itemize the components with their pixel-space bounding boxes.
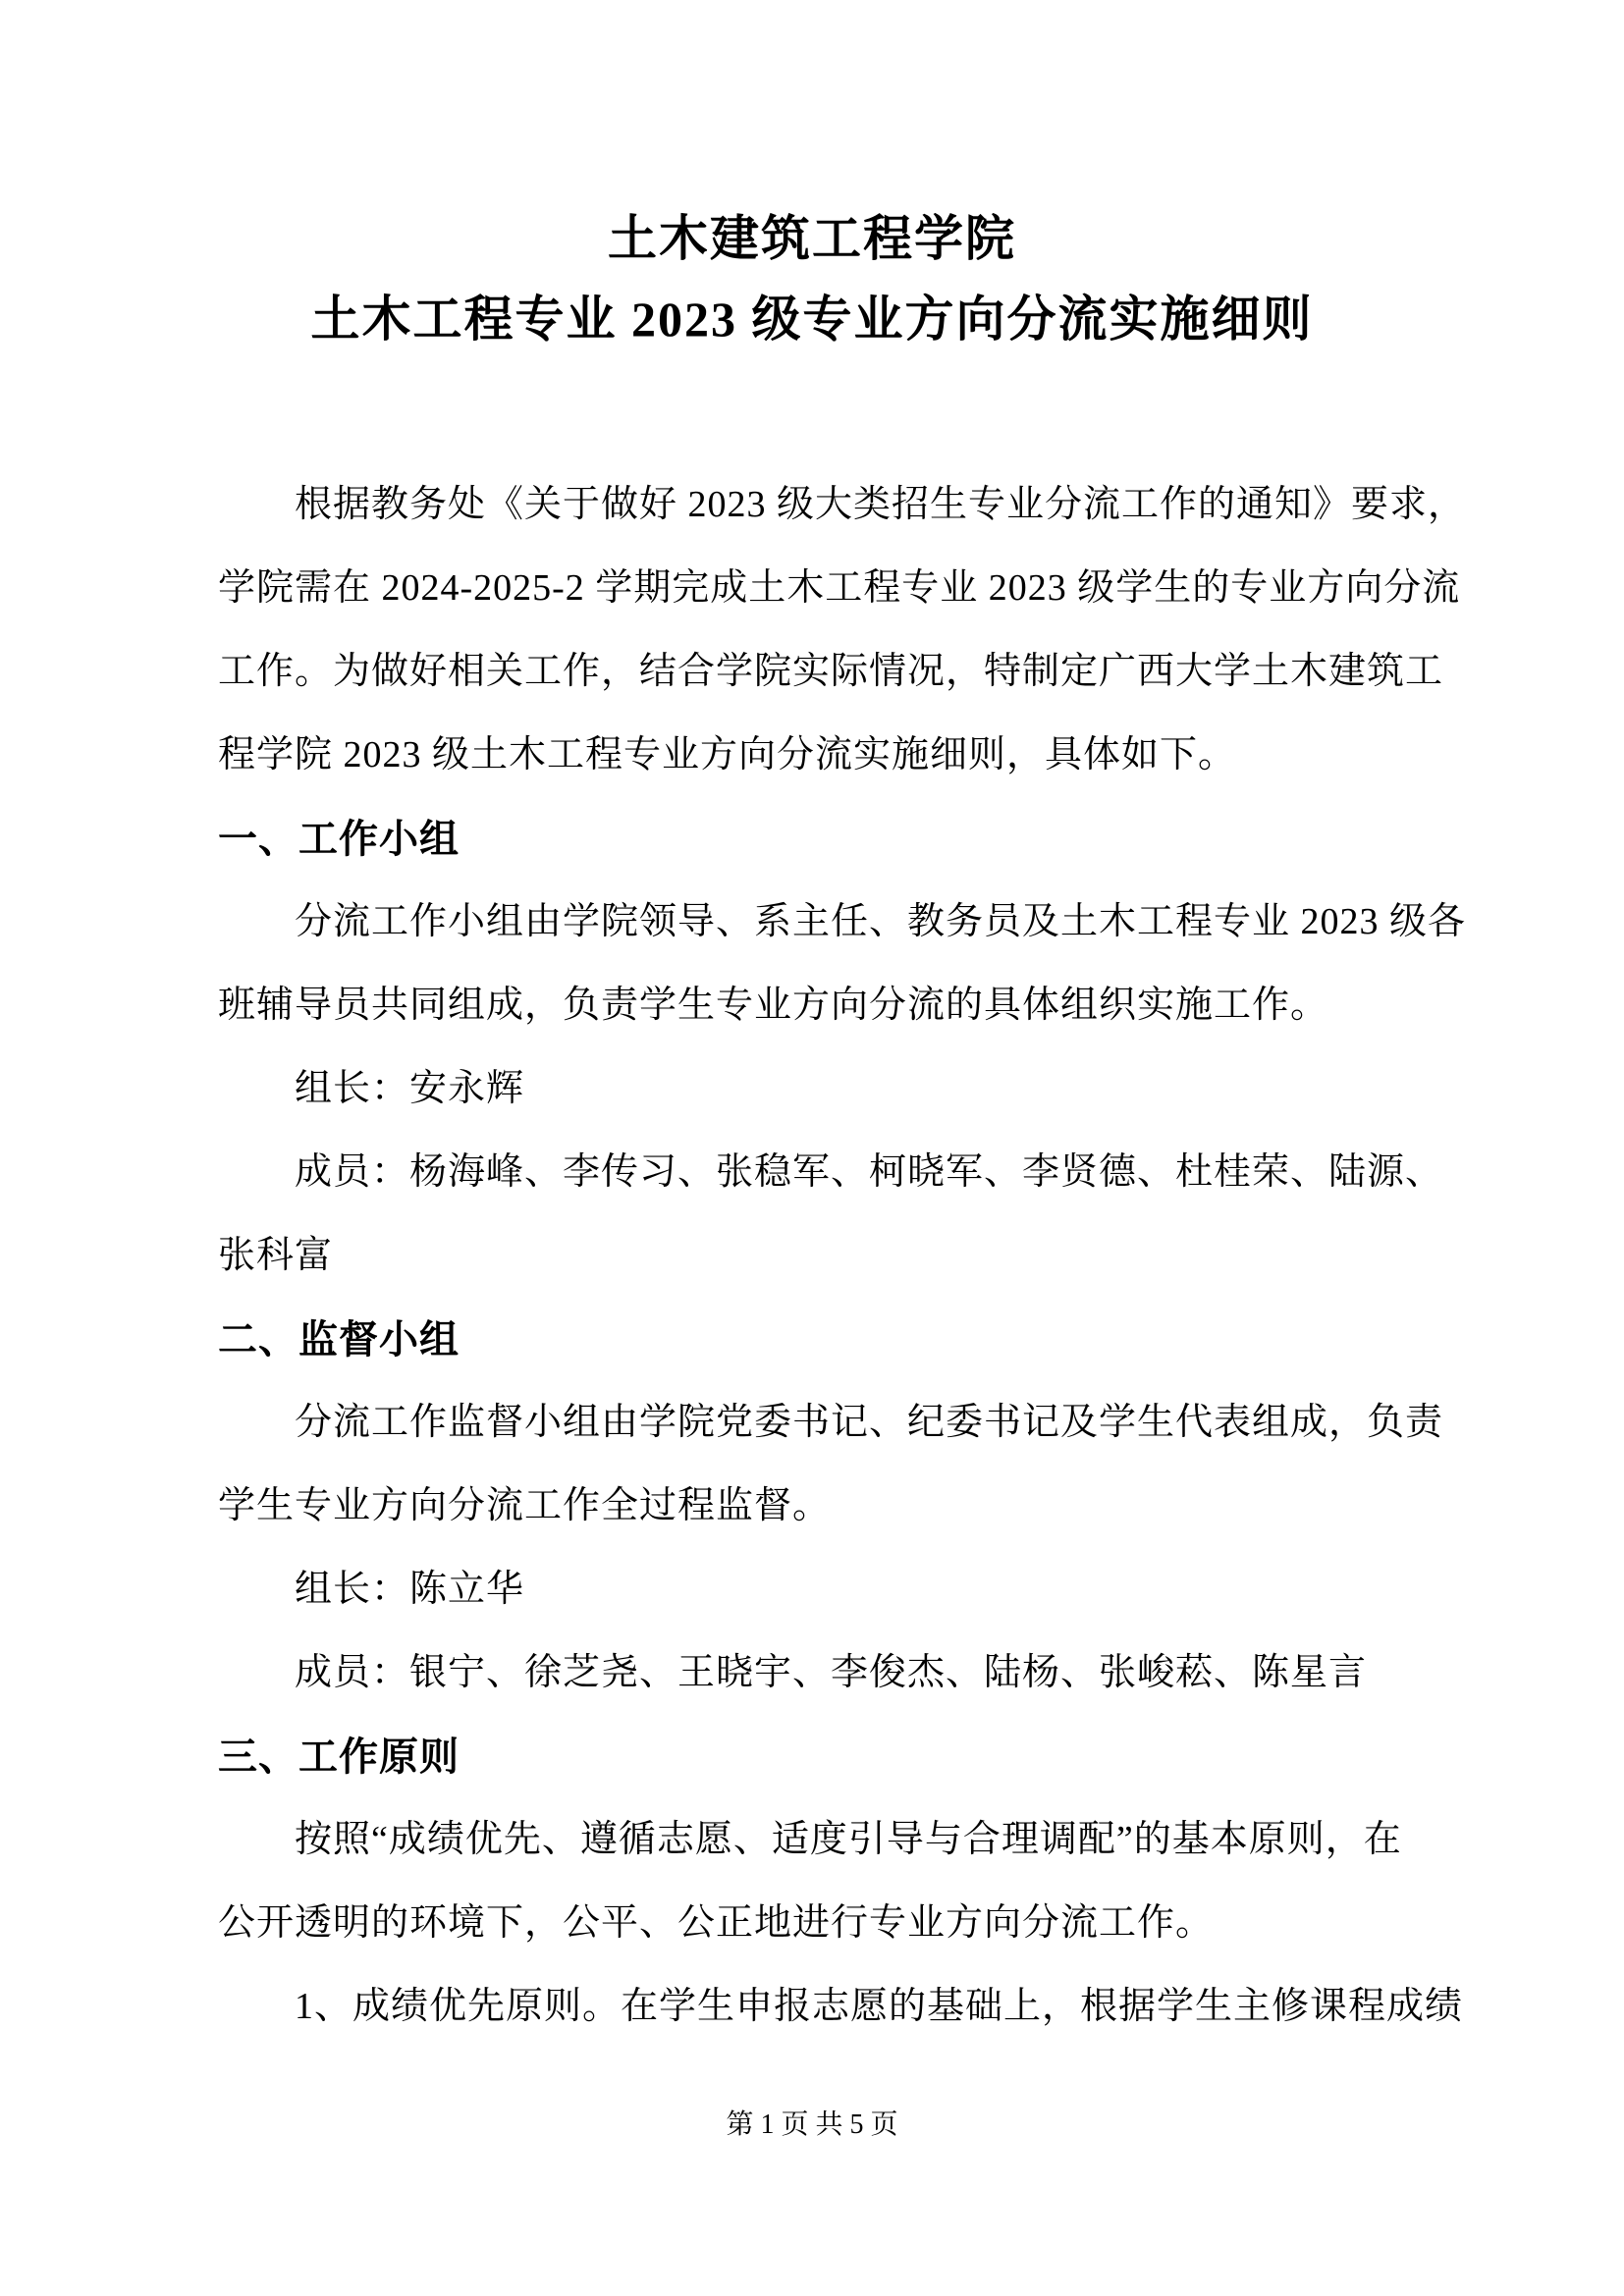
- text-line: 公开透明的环境下，公平、公正地进行专业方向分流工作。: [218, 1882, 1455, 1965]
- text-line: 张科富: [218, 1214, 1455, 1298]
- text-line: 班辅导员共同组成，负责学生专业方向分流的具体组织实施工作。: [218, 964, 1455, 1047]
- text-line: 程学院 2023 级土木工程专业方向分流实施细则，具体如下。: [218, 714, 1455, 797]
- text-line: 成员：杨海峰、李传习、张稳军、柯晓军、李贤德、杜桂荣、陆源、: [218, 1131, 1455, 1214]
- text-line: 组长：陈立华: [218, 1548, 1455, 1631]
- document-page: 土木建筑工程学院 土木工程专业 2023 级专业方向分流实施细则 根据教务处《关…: [0, 0, 1624, 2296]
- text-line: 成员：银宁、徐芝尧、王晓宇、李俊杰、陆杨、张峻菘、陈星言: [218, 1631, 1455, 1715]
- text-line: 学院需在 2024-2025-2 学期完成土木工程专业 2023 级学生的专业方…: [218, 547, 1455, 630]
- text-line: 工作。为做好相关工作，结合学院实际情况，特制定广西大学土木建筑工: [218, 630, 1455, 714]
- section-heading-work-group: 一、工作小组: [218, 797, 1455, 881]
- text-line: 学生专业方向分流工作全过程监督。: [218, 1465, 1455, 1548]
- text-line: 分流工作监督小组由学院党委书记、纪委书记及学生代表组成，负责: [218, 1381, 1455, 1465]
- section-heading-supervision-group: 二、监督小组: [218, 1298, 1455, 1381]
- text-line: 组长：安永辉: [218, 1047, 1455, 1131]
- document-body: 根据教务处《关于做好 2023 级大类招生专业分流工作的通知》要求， 学院需在 …: [218, 463, 1455, 2049]
- document-title-line2: 土木工程专业 2023 级专业方向分流实施细则: [0, 293, 1624, 347]
- document-title-line1: 土木建筑工程学院: [0, 212, 1624, 266]
- page-number: 第 1 页 共 5 页: [0, 2109, 1624, 2142]
- text-line: 根据教务处《关于做好 2023 级大类招生专业分流工作的通知》要求，: [218, 463, 1455, 547]
- text-line: 分流工作小组由学院领导、系主任、教务员及土木工程专业 2023 级各: [218, 881, 1455, 964]
- section-heading-work-principles: 三、工作原则: [218, 1715, 1455, 1798]
- text-line: 按照“成绩优先、遵循志愿、适度引导与合理调配”的基本原则，在: [218, 1798, 1455, 1882]
- text-line: 1、成绩优先原则。在学生申报志愿的基础上，根据学生主修课程成绩: [218, 1965, 1455, 2049]
